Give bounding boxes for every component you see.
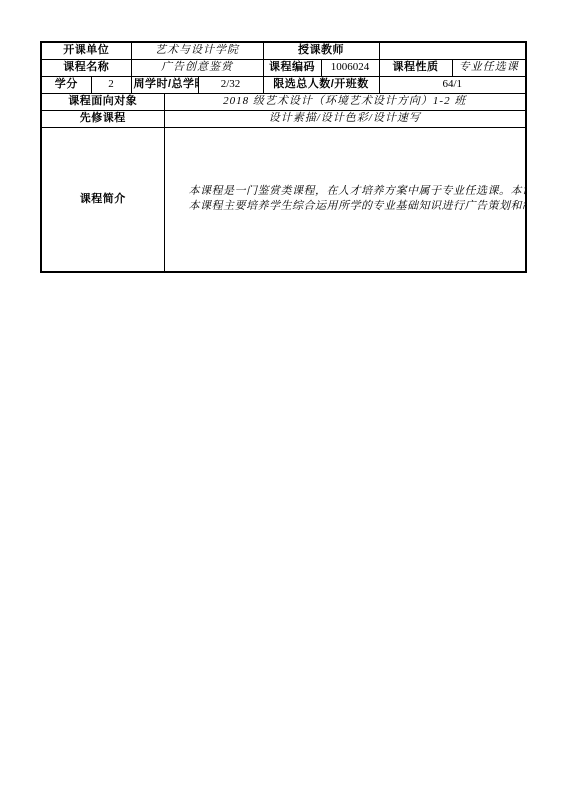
enrollment-label: 限选总人数/开班数 (263, 76, 379, 93)
course-code-value: 1006024 (321, 59, 379, 76)
course-intro-label: 课程简介 (41, 127, 164, 272)
document-page: 开课单位 艺术与设计学院 授课教师 课程名称 广告创意鉴赏 课程编码 10060… (0, 0, 565, 800)
hours-value: 2/32 (198, 76, 263, 93)
enrollment-value: 64/1 (379, 76, 526, 93)
course-name-label: 课程名称 (41, 59, 131, 76)
course-code-label: 课程编码 (263, 59, 321, 76)
offering-unit-value: 艺术与设计学院 (131, 42, 263, 59)
audience-label: 课程面向对象 (41, 93, 164, 110)
credits-value: 2 (91, 76, 131, 93)
row-offering-unit: 开课单位 艺术与设计学院 授课教师 (41, 42, 526, 59)
course-intro-paragraph-2: 本课程主要培养学生综合运用所学的专业基础知识进行广告策划和制作的能力，培养学生成… (167, 199, 524, 214)
course-intro-text: 本课程是一门鉴赏类课程，在人才培养方案中属于专业任选课。本课程主要介绍与广告创意… (164, 127, 526, 272)
row-course-intro: 课程简介 本课程是一门鉴赏类课程，在人才培养方案中属于专业任选课。本课程主要介绍… (41, 127, 526, 272)
prerequisite-value: 设计素描/设计色彩/设计速写 (164, 110, 526, 127)
prerequisite-label: 先修课程 (41, 110, 164, 127)
course-nature-value: 专业任选课 (452, 59, 526, 76)
row-audience: 课程面向对象 2018 级艺术设计（环境艺术设计方向）1-2 班 (41, 93, 526, 110)
row-prerequisite: 先修课程 设计素描/设计色彩/设计速写 (41, 110, 526, 127)
course-info-table: 开课单位 艺术与设计学院 授课教师 课程名称 广告创意鉴赏 课程编码 10060… (40, 41, 527, 273)
course-intro-paragraph-1: 本课程是一门鉴赏类课程，在人才培养方案中属于专业任选课。本课程主要介绍与广告创意… (167, 184, 524, 199)
hours-label: 周学时/总学时 (131, 76, 198, 93)
instructor-value (379, 42, 526, 59)
row-credits-hours: 学分 2 周学时/总学时 2/32 限选总人数/开班数 64/1 (41, 76, 526, 93)
instructor-label: 授课教师 (263, 42, 379, 59)
course-name-value: 广告创意鉴赏 (131, 59, 263, 76)
course-nature-label: 课程性质 (379, 59, 452, 76)
row-course-name: 课程名称 广告创意鉴赏 课程编码 1006024 课程性质 专业任选课 (41, 59, 526, 76)
audience-value: 2018 级艺术设计（环境艺术设计方向）1-2 班 (164, 93, 526, 110)
credits-label: 学分 (41, 76, 91, 93)
offering-unit-label: 开课单位 (41, 42, 131, 59)
